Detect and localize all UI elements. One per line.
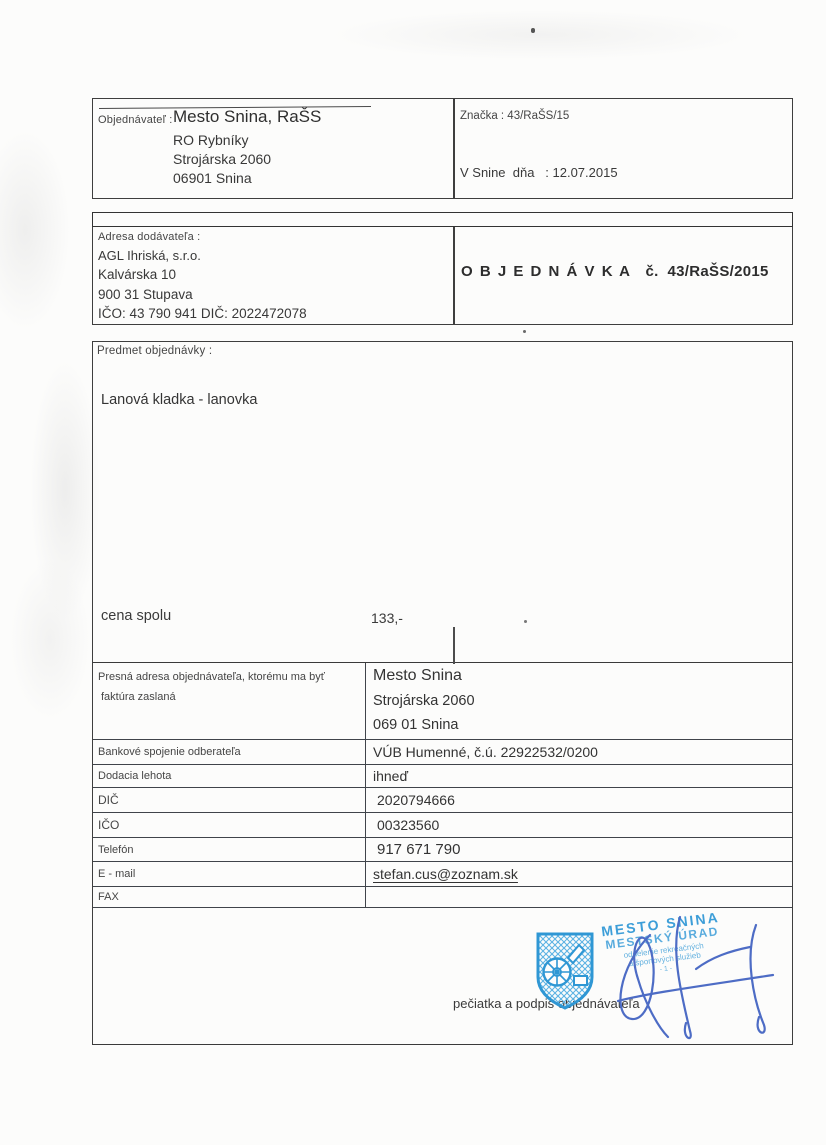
subject-label: Predmet objednávky : bbox=[97, 345, 212, 357]
table-row: Presná adresa objednávateľa, ktorému ma … bbox=[93, 663, 792, 740]
email-value: stefan.cus@zoznam.sk bbox=[373, 866, 518, 882]
supplier-line: Kalvárska 10 bbox=[98, 267, 176, 282]
row-label: FAX bbox=[93, 887, 366, 907]
row-value: 00323560 bbox=[366, 813, 792, 837]
row-value: VÚB Humenné, č.ú. 22922532/0200 bbox=[366, 740, 792, 764]
row-label: IČO bbox=[93, 813, 366, 837]
scan-smudge bbox=[330, 10, 750, 60]
orderer-address-line: Strojárska 2060 bbox=[173, 151, 271, 167]
row-label: E - mail bbox=[93, 862, 366, 886]
scan-smudge bbox=[30, 360, 100, 620]
scanned-purchase-order-document: Objednávateľ : Mesto Snina, RaŠS RO Rybn… bbox=[0, 0, 826, 1145]
reference-box: Značka : 43/RaŠS/15 V Snine dňa : 12.07.… bbox=[453, 98, 793, 199]
subject-total-label: cena spolu bbox=[101, 608, 171, 624]
subject-item: Lanová kladka - lanovka bbox=[101, 392, 257, 408]
scan-artifact-dot bbox=[531, 28, 535, 33]
row-label-line2: faktúra zaslaná bbox=[101, 691, 365, 703]
reference-place-date: V Snine dňa : 12.07.2015 bbox=[460, 165, 618, 180]
orderer-box: Objednávateľ : Mesto Snina, RaŠS RO Rybn… bbox=[92, 98, 455, 199]
subject-total-value: 133,- bbox=[371, 610, 403, 626]
invoice-address-line: Strojárska 2060 bbox=[373, 693, 792, 709]
table-row: E - mail stefan.cus@zoznam.sk bbox=[93, 862, 792, 887]
subject-box: Predmet objednávky : Lanová kladka - lan… bbox=[92, 341, 793, 663]
order-title: O B J E D N Á V K Ač. 43/RaŠS/2015 bbox=[461, 263, 769, 280]
handwritten-signature bbox=[588, 905, 793, 1050]
order-title-number: č. 43/RaŠS/2015 bbox=[645, 263, 768, 280]
row-value bbox=[366, 887, 792, 907]
table-row: Dodacia lehota ihneď bbox=[93, 765, 792, 788]
scan-smudge bbox=[0, 130, 70, 330]
scan-smudge bbox=[10, 560, 90, 720]
invoice-address-line: Mesto Snina bbox=[373, 667, 792, 685]
supplier-line: IČO: 43 790 941 DIČ: 2022472078 bbox=[98, 306, 307, 321]
row-label: Presná adresa objednávateľa, ktorému ma … bbox=[98, 671, 365, 683]
supplier-box: Adresa dodávateľa : AGL Ihriská, s.r.o. … bbox=[92, 227, 455, 325]
supplier-label: Adresa dodávateľa : bbox=[98, 231, 200, 243]
table-row: Bankové spojenie odberateľa VÚB Humenné,… bbox=[93, 740, 792, 765]
reference-mark: Značka : 43/RaŠS/15 bbox=[460, 110, 569, 122]
orderer-address-line: RO Rybníky bbox=[173, 132, 248, 148]
supplier-line: AGL Ihriská, s.r.o. bbox=[98, 248, 201, 263]
table-row: DIČ 2020794666 bbox=[93, 788, 792, 813]
row-label-cell: Presná adresa objednávateľa, ktorému ma … bbox=[93, 663, 366, 739]
row-value: ihneď bbox=[366, 765, 792, 787]
supplier-line: 900 31 Stupava bbox=[98, 287, 193, 302]
row-label: Telefón bbox=[93, 838, 366, 861]
row-value: 2020794666 bbox=[366, 788, 792, 812]
row-label: DIČ bbox=[93, 788, 366, 812]
scan-artifact-dot bbox=[523, 330, 526, 333]
row-label: Bankové spojenie odberateľa bbox=[93, 740, 366, 764]
row-value: 917 671 790 bbox=[366, 838, 792, 861]
row-value-cell: Mesto Snina Strojárska 2060 069 01 Snina bbox=[366, 663, 792, 739]
table-row: Telefón 917 671 790 bbox=[93, 838, 792, 862]
orderer-address-line: 06901 Snina bbox=[173, 170, 252, 186]
scan-artifact-line bbox=[453, 627, 455, 664]
order-title-word: O B J E D N Á V K A bbox=[461, 263, 631, 280]
order-title-box: O B J E D N Á V K Ač. 43/RaŠS/2015 bbox=[453, 227, 793, 325]
divider-strip bbox=[92, 212, 793, 227]
row-value: stefan.cus@zoznam.sk bbox=[366, 862, 792, 886]
orderer-name: Mesto Snina, RaŠS bbox=[173, 107, 321, 127]
row-label: Dodacia lehota bbox=[93, 765, 366, 787]
table-row: IČO 00323560 bbox=[93, 813, 792, 838]
orderer-label: Objednávateľ : bbox=[98, 114, 173, 126]
invoice-address-line: 069 01 Snina bbox=[373, 717, 792, 733]
